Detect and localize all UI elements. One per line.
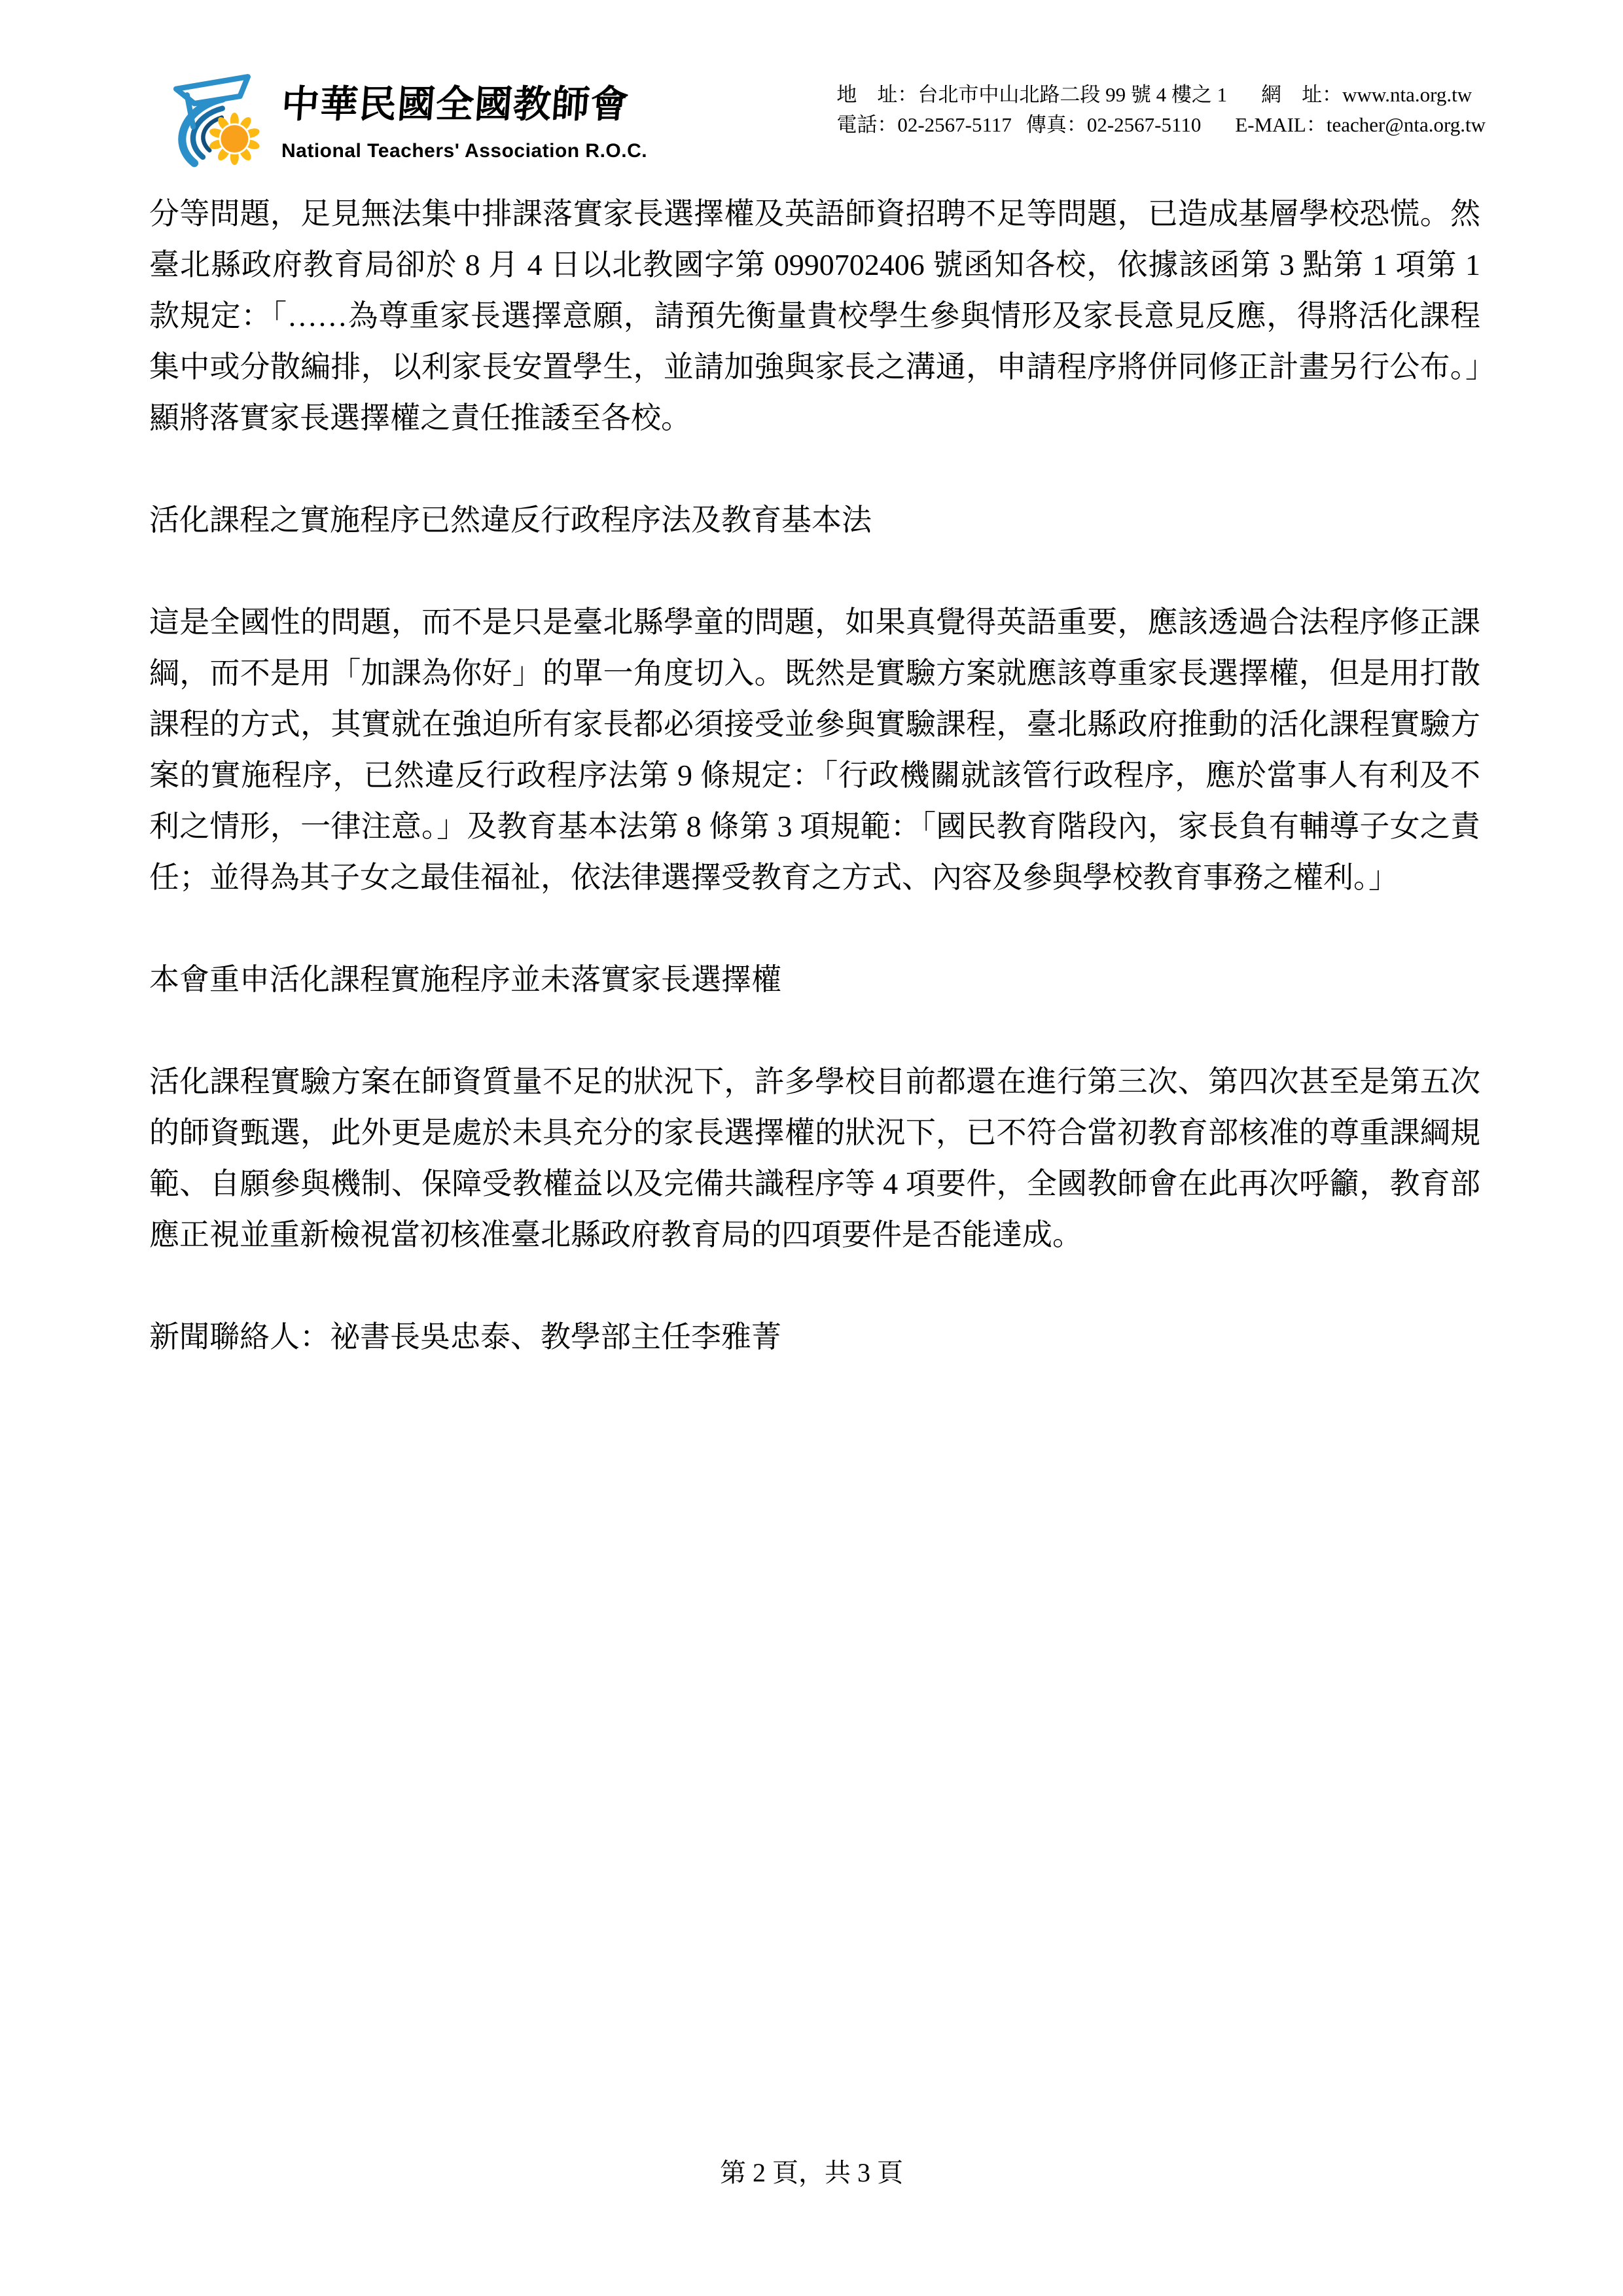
document-body: 分等問題，足見無法集中排課落實家長選擇權及英語師資招聘不足等問題，已造成基層學校… [149,188,1480,1414]
email-label: E-MAIL： [1235,110,1326,140]
org-name-en: National Teachers' Association R.O.C. [281,140,647,162]
paragraph-reiteration: 活化課程實驗方案在師資質量不足的狀況下，許多學校目前都還在進行第三次、第四次甚至… [149,1056,1480,1261]
contact-info: 地 址：台北市中山北路二段 99 號 4 樓之 1網 址：www.nta.org… [836,71,1486,140]
website-label: 網 址： [1261,80,1342,110]
section-heading-1: 活化課程之實施程序已然違反行政程序法及教育基本法 [149,495,1480,546]
letterhead: 中華民國全國教師會 National Teachers' Association… [149,71,1486,174]
paragraph-legal-basis: 這是全國性的問題，而不是只是臺北縣學童的問題，如果真覺得英語重要，應該透過合法程… [149,597,1480,903]
page-number: 第 2 頁，共 3 頁 [720,2158,903,2187]
nta-logo-icon [149,71,274,174]
document-page: 中華民國全國教師會 National Teachers' Association… [0,0,1623,2296]
phone-label: 電話： [836,110,897,140]
fax-label: 傳真： [1026,110,1087,140]
contact-row-phone: 電話：02-2567-5117傳真：02-2567-5110E-MAIL：tea… [836,110,1486,140]
phone-value: 02-2567-5117 [897,110,1012,140]
address-label: 地 址： [836,80,918,110]
fax-value: 02-2567-5110 [1087,110,1202,140]
website-value: www.nta.org.tw [1342,80,1472,110]
section-heading-2: 本會重申活化課程實施程序並未落實家長選擇權 [149,954,1480,1005]
paragraph-continuation: 分等問題，足見無法集中排課落實家長選擇權及英語師資招聘不足等問題，已造成基層學校… [149,188,1480,444]
contact-row-address: 地 址：台北市中山北路二段 99 號 4 樓之 1網 址：www.nta.org… [836,80,1486,110]
org-brand: 中華民國全國教師會 National Teachers' Association… [149,71,647,174]
page-footer: 第 2 頁，共 3 頁 [0,2152,1623,2189]
press-contact-line: 新聞聯絡人：祕書長吳忠泰、教學部主任李雅菁 [149,1312,1480,1363]
address-value: 台北市中山北路二段 99 號 4 樓之 1 [918,80,1227,110]
org-name-zh: 中華民國全國教師會 [279,75,650,135]
org-names: 中華民國全國教師會 National Teachers' Association… [281,71,647,162]
email-value: teacher@nta.org.tw [1327,110,1486,140]
